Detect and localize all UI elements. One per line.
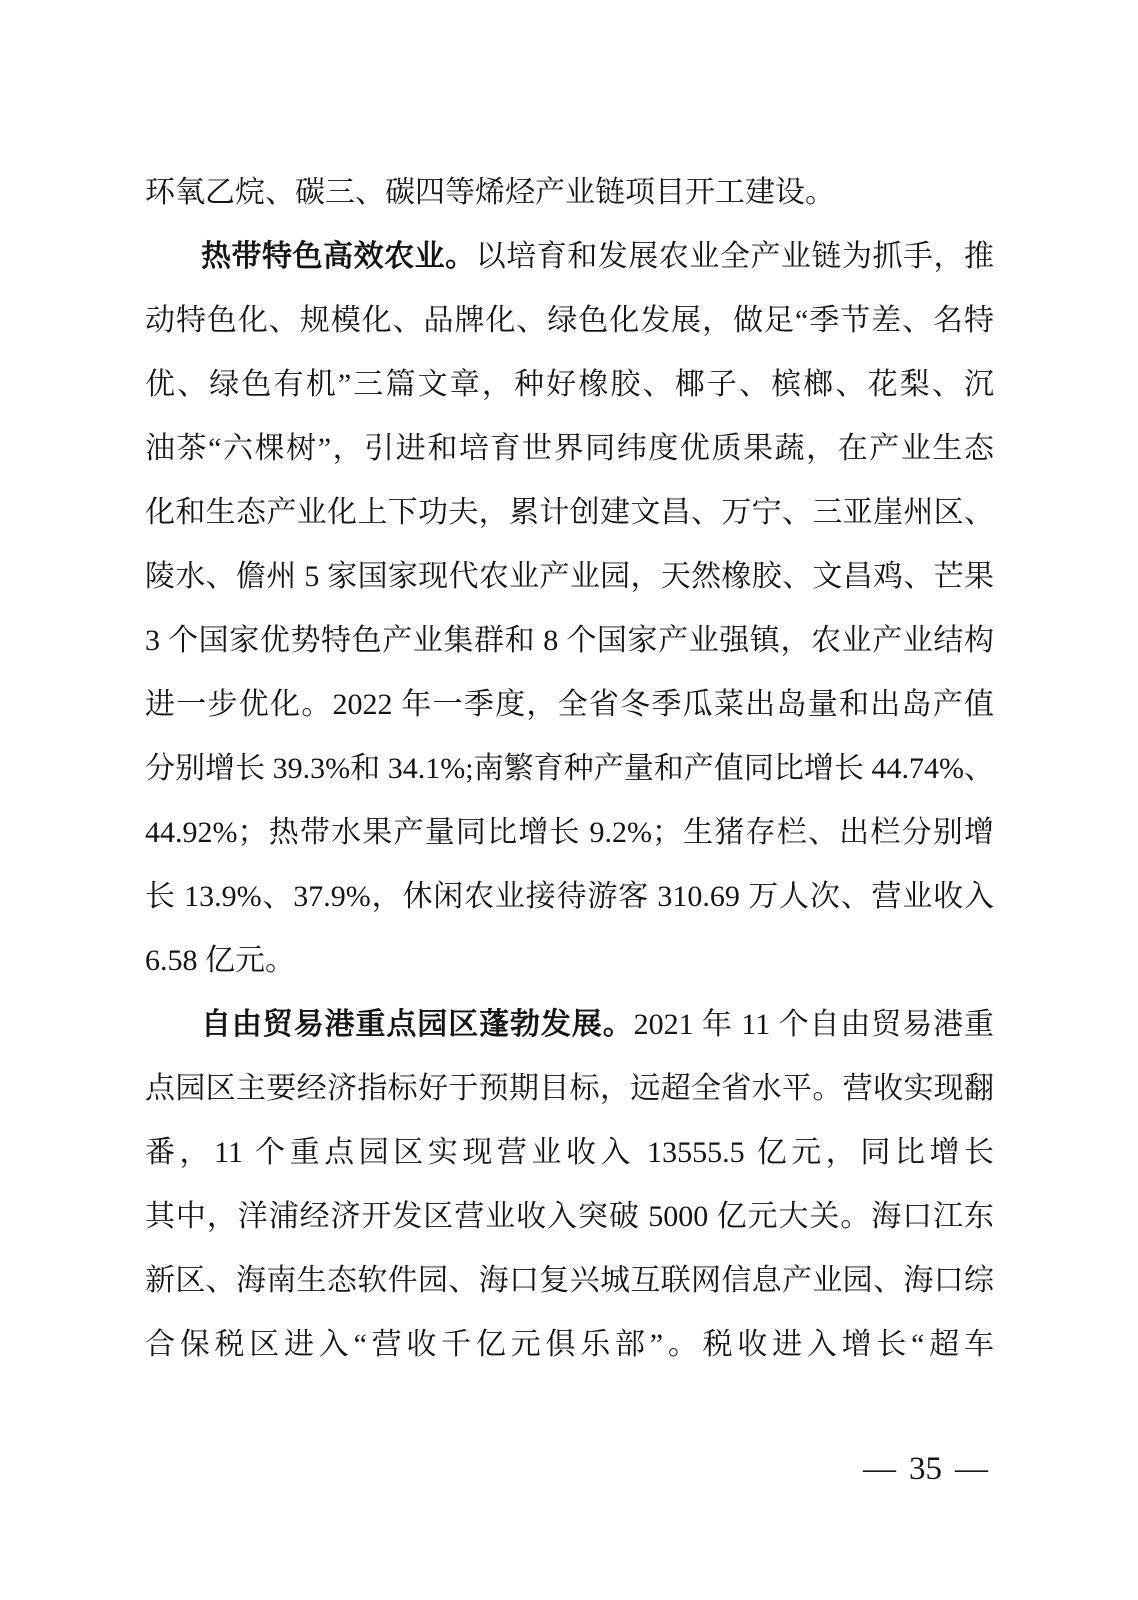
text-line: 3 个国家优势特色产业集群和 8 个国家产业强镇，农业产业结构 [145,609,994,673]
text-line: 油茶“六棵树”，引进和培育世界同纬度优质果蔬，在产业生态 [145,417,994,481]
text-line: 其中，洋浦经济开发区营业收入突破 5000 亿元大关。海口江东 [145,1185,994,1249]
line-text: 点园区主要经济指标好于预期目标，远超全省水平。营收实现翻 [145,1072,994,1105]
line-text: 长 13.9%、37.9%，休闲农业接待游客 310.69 万人次、营业收入 [145,880,994,913]
line-text: 新区、海南生态软件园、海口复兴城互联网信息产业园、海口综 [145,1264,994,1297]
page-footer: —35— [859,1449,992,1489]
line-text: 以培育和发展农业全产业链为抓手，推 [476,240,994,273]
text-line: 化和生态产业化上下功夫，累计创建文昌、万宁、三亚崖州区、 [145,481,994,545]
text-line: 44.92%；热带水果产量同比增长 9.2%；生猪存栏、出栏分别增 [145,801,994,865]
text-line: 动特色化、规模化、品牌化、绿色化发展，做足“季节差、名特 [145,289,994,353]
line-text: 进一步优化。2022 年一季度，全省冬季瓜菜出岛量和出岛产值 [145,688,994,721]
document-body: 环氧乙烷、碳三、碳四等烯烃产业链项目开工建设。 热带特色高效农业。以培育和发展农… [145,161,994,1377]
text-line: 分别增长 39.3%和 34.1%;南繁育种产量和产值同比增长 44.74%、 [145,737,994,801]
text-line: 合保税区进入“营收千亿元俱乐部”。税收进入增长“超车 [145,1313,994,1377]
footer-dash-left: — [863,1451,896,1487]
text-line: 自由贸易港重点园区蓬勃发展。2021 年 11 个自由贸易港重 [145,993,994,1057]
line-text: 分别增长 39.3%和 34.1%;南繁育种产量和产值同比增长 44.74%、 [145,752,994,785]
line-text: 合保税区进入“营收千亿元俱乐部”。税收进入增长“超车 [145,1328,994,1361]
line-text: 优、绿色有机”三篇文章，种好橡胶、椰子、槟榔、花梨、沉香、 [145,368,994,417]
line-text: 陵水、儋州 5 家国家现代农业产业园，天然橡胶、文昌鸡、芒果 [145,560,994,593]
paragraph-heading: 热带特色高效农业。 [201,240,476,273]
text-line: 长 13.9%、37.9%，休闲农业接待游客 310.69 万人次、营业收入 [145,865,994,929]
text-line: 热带特色高效农业。以培育和发展农业全产业链为抓手，推 [145,225,994,289]
line-text: 化和生态产业化上下功夫，累计创建文昌、万宁、三亚崖州区、 [145,496,994,529]
line-text: 动特色化、规模化、品牌化、绿色化发展，做足“季节差、名特 [145,304,994,337]
line-text: 2021 年 11 个自由贸易港重 [634,1008,994,1041]
line-text: 3 个国家优势特色产业集群和 8 个国家产业强镇，农业产业结构 [145,624,994,657]
line-text: 环氧乙烷、碳三、碳四等烯烃产业链项目开工建设。 [145,176,835,209]
text-line: 优、绿色有机”三篇文章，种好橡胶、椰子、槟榔、花梨、沉香、 [145,353,994,417]
text-line: 点园区主要经济指标好于预期目标，远超全省水平。营收实现翻 [145,1057,994,1121]
page-number: 35 [909,1451,942,1487]
text-line: 新区、海南生态软件园、海口复兴城互联网信息产业园、海口综 [145,1249,994,1313]
line-text: 44.92%；热带水果产量同比增长 9.2%；生猪存栏、出栏分别增 [145,816,994,849]
paragraph-heading: 自由贸易港重点园区蓬勃发展。 [201,1008,634,1041]
text-line: 进一步优化。2022 年一季度，全省冬季瓜菜出岛量和出岛产值 [145,673,994,737]
text-line: 陵水、儋州 5 家国家现代农业产业园，天然橡胶、文昌鸡、芒果 [145,545,994,609]
document-page: 环氧乙烷、碳三、碳四等烯烃产业链项目开工建设。 热带特色高效农业。以培育和发展农… [0,0,1138,1600]
line-text: 其中，洋浦经济开发区营业收入突破 5000 亿元大关。海口江东 [145,1200,994,1233]
text-line: 环氧乙烷、碳三、碳四等烯烃产业链项目开工建设。 [145,161,994,225]
text-line: 6.58 亿元。 [145,929,994,993]
footer-dash-right: — [955,1451,988,1487]
text-line: 番，11 个重点园区实现营业收入 13555.5 亿元，同比增长 134%。 [145,1121,994,1185]
line-text: 油茶“六棵树”，引进和培育世界同纬度优质果蔬，在产业生态 [145,432,994,465]
line-text: 6.58 亿元。 [145,944,295,977]
line-text: 番，11 个重点园区实现营业收入 13555.5 亿元，同比增长 134%。 [145,1136,994,1185]
